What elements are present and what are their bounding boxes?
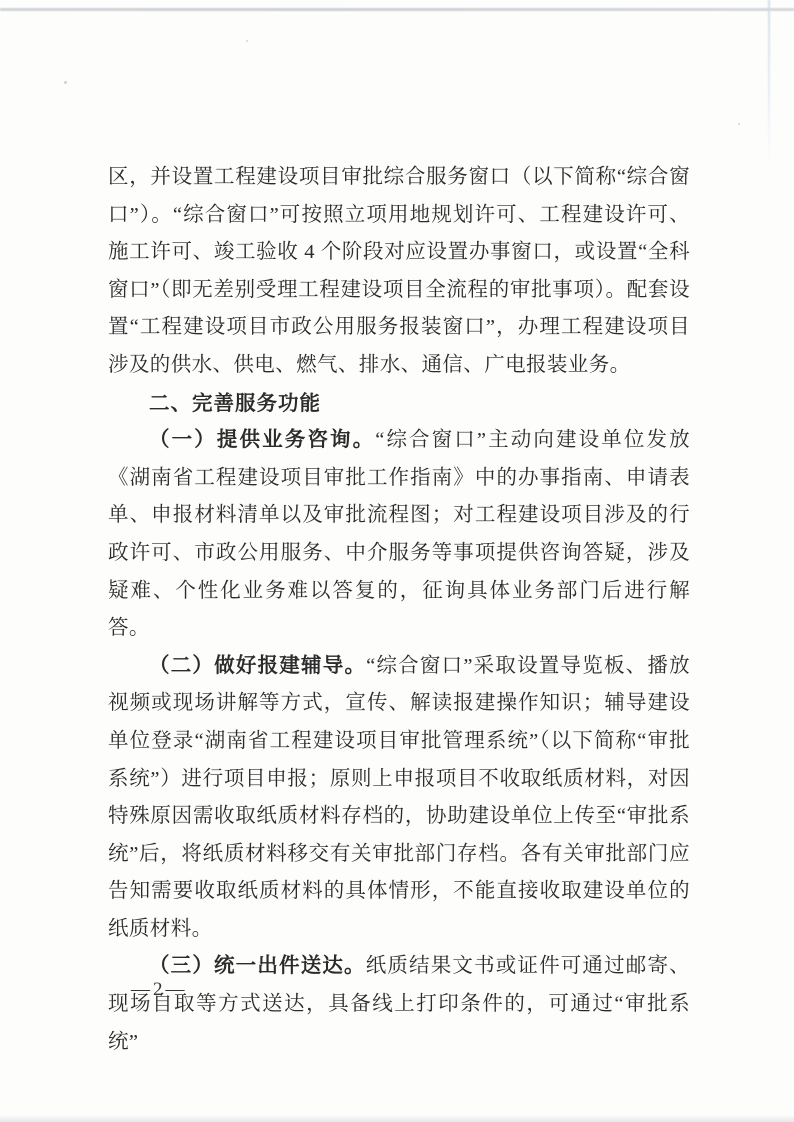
item-1-lead: （一）提供业务咨询。: [149, 429, 375, 451]
scan-speck: [64, 81, 67, 84]
scan-edge-bottom-band: [0, 1115, 794, 1122]
page-number: —2—: [131, 979, 188, 1001]
document-body: 区，并设置工程建设项目审批综合服务窗口（以下简称“综合窗口”）。“综合窗口”可按…: [108, 159, 690, 1061]
paragraph-item-2: （二）做好报建辅导。“综合窗口”采取设置导览板、播放视频或现场讲解等方式，宣传、…: [108, 648, 690, 949]
item-2-lead: （二）做好报建辅导。: [149, 655, 366, 677]
scanned-document-page: 区，并设置工程建设项目审批综合服务窗口（以下简称“综合窗口”）。“综合窗口”可按…: [0, 0, 794, 1122]
scan-edge-top-line: [0, 8, 794, 11]
item-3-lead: （三）统一出件送达。: [149, 955, 366, 977]
paragraph-continuation: 区，并设置工程建设项目审批综合服务窗口（以下简称“综合窗口”）。“综合窗口”可按…: [108, 159, 690, 385]
item-2-text: “综合窗口”采取设置导览板、播放视频或现场讲解等方式，宣传、解读报建操作知识；辅…: [108, 655, 690, 940]
item-1-text: “综合窗口”主动向建设单位发放《湖南省工程建设项目审批工作指南》中的办事指南、申…: [108, 429, 690, 639]
paragraph-item-3: （三）统一出件送达。纸质结果文书或证件可通过邮寄、现场自取等方式送达，具备线上打…: [108, 948, 690, 1061]
section-heading: 二、完善服务功能: [108, 385, 690, 423]
scan-speck: [738, 123, 740, 125]
paragraph-item-1: （一）提供业务咨询。“综合窗口”主动向建设单位发放《湖南省工程建设项目审批工作指…: [108, 422, 690, 648]
scan-speck: [246, 40, 248, 42]
scan-artifact-right-line: [768, 0, 770, 165]
